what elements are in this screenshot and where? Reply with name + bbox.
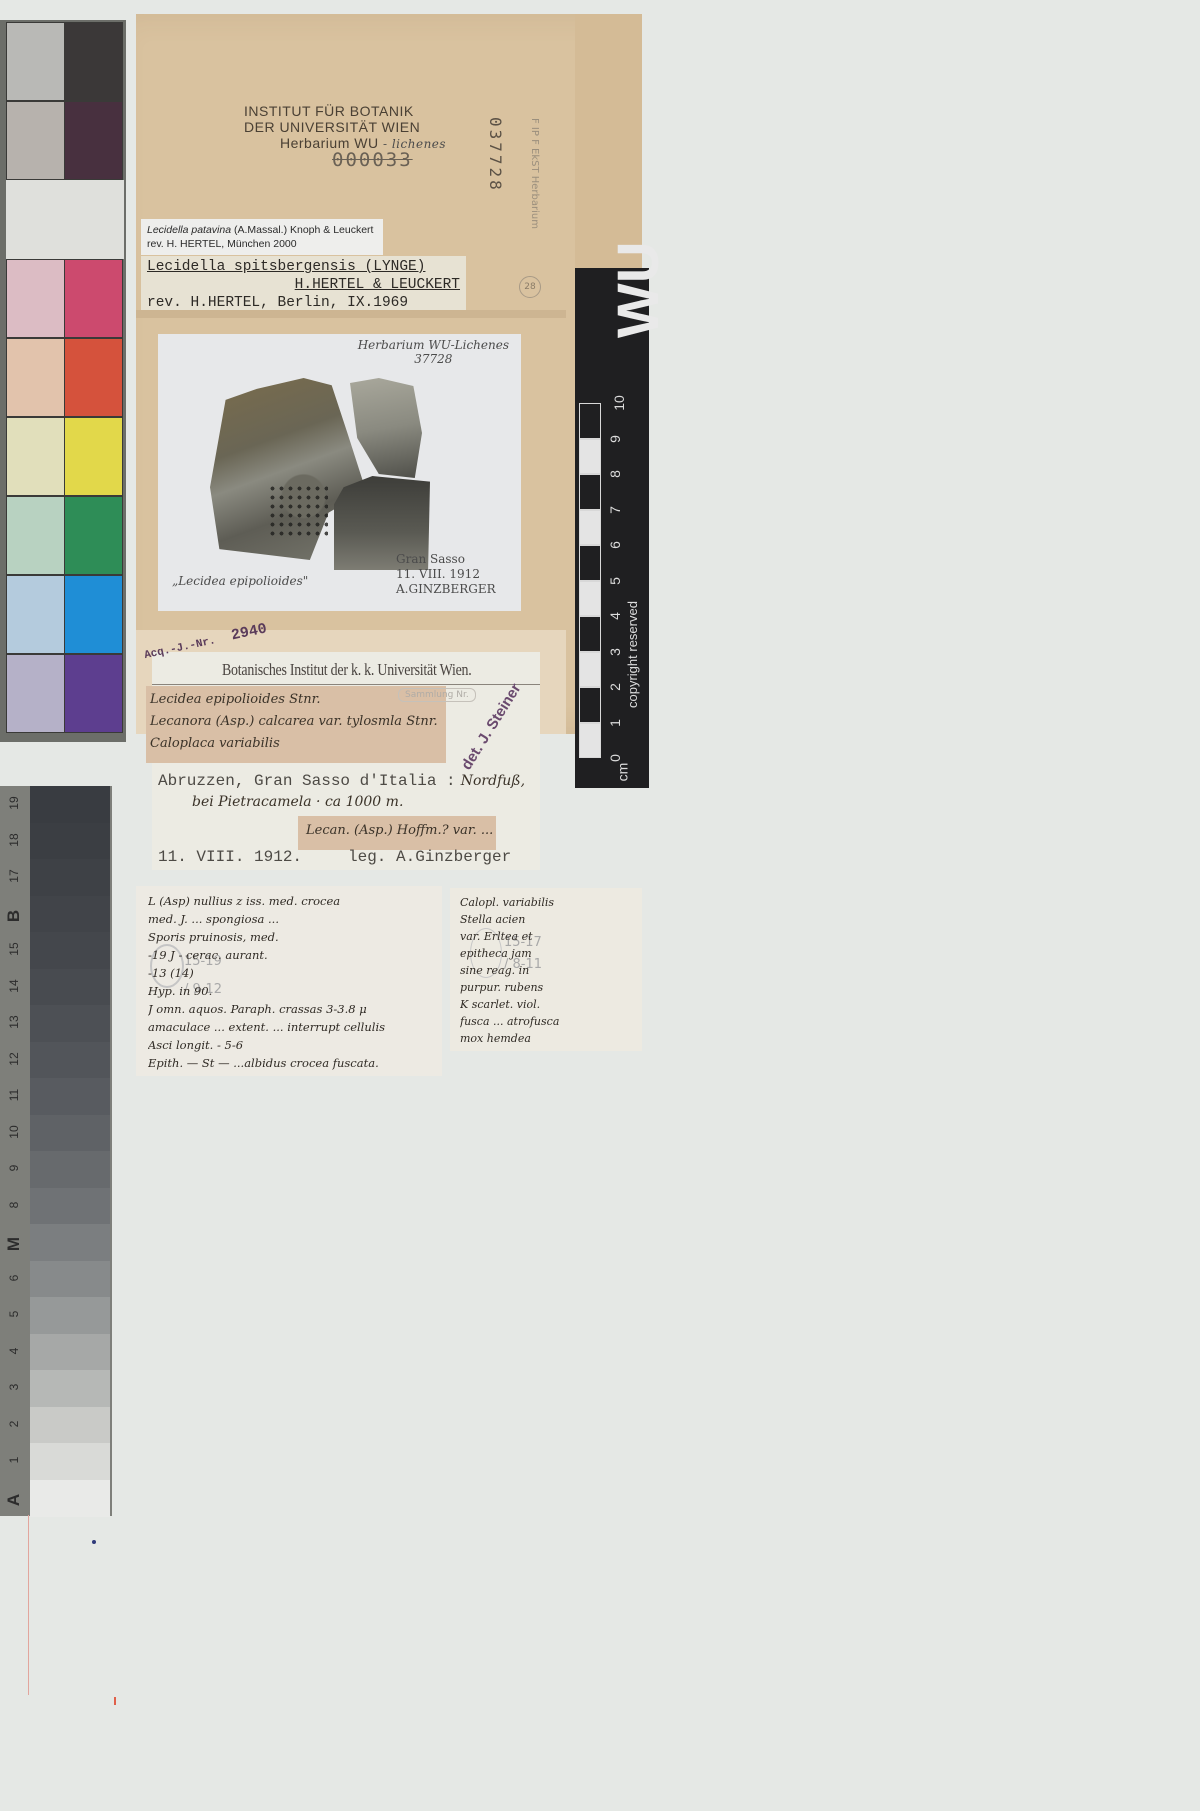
grey-step bbox=[30, 969, 110, 1007]
scale-segment bbox=[579, 545, 601, 581]
card-date: 11. VIII. 1912 bbox=[396, 567, 496, 582]
handwritten-line: L (Asp) nullius z iss. med. crocea bbox=[148, 892, 434, 910]
scale-segment bbox=[579, 581, 601, 617]
handwritten-strip-2: Lecan. (Asp.) Hoffm.? var. ... bbox=[298, 816, 496, 850]
typed-line-1: Lecidella spitsbergensis (LYNGE) bbox=[147, 258, 460, 276]
handwritten-line: var. Erltea et bbox=[460, 928, 636, 945]
species-authority: (A.Massal.) Knoph & Leuckert bbox=[234, 224, 373, 236]
grey-step bbox=[30, 896, 110, 934]
grey-step-label: 8 bbox=[7, 1191, 21, 1219]
revision-label-2000: Lecidella patavina (A.Massal.) Knoph & L… bbox=[141, 219, 383, 255]
color-patch bbox=[64, 496, 123, 575]
card-locality: Gran Sasso bbox=[396, 552, 496, 567]
scale-segment bbox=[579, 616, 601, 652]
grey-step bbox=[30, 1480, 110, 1518]
pencil-line-mark bbox=[28, 1515, 29, 1695]
grey-step bbox=[30, 1151, 110, 1189]
scale-unit: cm bbox=[614, 763, 630, 782]
handwritten-note-right: 15-17 / 8-11 Calopl. variabilisStella ac… bbox=[450, 888, 642, 1051]
locality-handwritten: Nordfuß, bbox=[461, 773, 525, 789]
stamp-line-2: DER UNIVERSITÄT WIEN bbox=[244, 119, 446, 135]
card-original-name: „Lecidea epipolioides" bbox=[172, 574, 308, 588]
strip-line-2: Lecanora (Asp.) calcarea var. tylosmla S… bbox=[150, 711, 442, 733]
handwritten-line: Hyp. in 90. bbox=[148, 982, 434, 1000]
grey-step-label: 18 bbox=[7, 826, 21, 854]
grey-step-label: M bbox=[4, 1230, 24, 1258]
grey-step-label: 12 bbox=[7, 1045, 21, 1073]
handwritten-line: Calopl. variabilis bbox=[460, 894, 636, 911]
grey-step-label: 15 bbox=[7, 935, 21, 963]
grey-step-label: A bbox=[4, 1486, 24, 1514]
species-name: Lecidella patavina bbox=[147, 224, 231, 236]
grey-step bbox=[30, 1224, 110, 1262]
color-patch bbox=[6, 180, 124, 259]
grey-step-label: 4 bbox=[7, 1337, 21, 1365]
revision-note: rev. H. HERTEL, München 2000 bbox=[147, 237, 377, 251]
handwritten-note-left: 15-19 / 9-12 L (Asp) nullius z iss. med.… bbox=[136, 886, 442, 1076]
strip2-text: Lecan. (Asp.) Hoffm.? var. ... bbox=[298, 816, 496, 845]
grey-step bbox=[30, 1334, 110, 1372]
original-collection-label: Acq.-J.-Nr. 2940 Botanisches Institut de… bbox=[152, 652, 540, 870]
faint-vertical-stamp: F IP F EkST Herbarium bbox=[529, 118, 540, 229]
color-patch bbox=[6, 22, 65, 101]
greyscale-calibration-strip: 191817B15141312111098M654321A bbox=[0, 786, 112, 1516]
scale-segment bbox=[579, 652, 601, 688]
grey-step-label: 5 bbox=[7, 1300, 21, 1328]
grey-step bbox=[30, 1407, 110, 1445]
handwritten-line: mox hemdea bbox=[460, 1030, 636, 1047]
color-calibration-chart bbox=[0, 20, 126, 742]
card-collector: A.GINZBERGER bbox=[396, 582, 496, 597]
scale-tick-label: 10 bbox=[611, 395, 627, 411]
ink-dot bbox=[114, 1697, 116, 1705]
grey-step bbox=[30, 1042, 110, 1080]
color-patch bbox=[64, 22, 123, 101]
grey-step-label: 6 bbox=[7, 1264, 21, 1292]
handwritten-line: purpur. rubens bbox=[460, 979, 636, 996]
color-patch bbox=[64, 654, 123, 733]
revision-label-1969: Lecidella spitsbergensis (LYNGE) H.HERTE… bbox=[141, 256, 466, 313]
scale-tick-label: 5 bbox=[607, 577, 623, 585]
grey-step bbox=[30, 1115, 110, 1153]
scale-tick-label: 9 bbox=[607, 435, 623, 443]
scale-tick-label: 1 bbox=[607, 719, 623, 727]
handwritten-line: -13 (14) bbox=[148, 964, 434, 982]
grey-step bbox=[30, 1370, 110, 1408]
color-patch bbox=[64, 417, 123, 496]
grey-step-label: 1 bbox=[7, 1446, 21, 1474]
scale-bar: WU copyright reserved cm 012345678910 bbox=[575, 268, 649, 788]
color-patch bbox=[6, 101, 65, 180]
grey-step-label: 19 bbox=[7, 789, 21, 817]
typed-line-2: H.HERTEL & LEUCKERT bbox=[147, 276, 460, 294]
scale-tick-label: 3 bbox=[607, 648, 623, 656]
institute-stamp: INSTITUT FÜR BOTANIK DER UNIVERSITÄT WIE… bbox=[244, 103, 446, 168]
scale-segment bbox=[579, 723, 601, 759]
note-right-text: Calopl. variabilisStella acienvar. Erlte… bbox=[460, 894, 636, 1047]
grey-step bbox=[30, 932, 110, 970]
card-herbarium-number: 37728 bbox=[358, 352, 509, 366]
grey-step bbox=[30, 1443, 110, 1481]
grey-step-label: 9 bbox=[7, 1154, 21, 1182]
scale-segment bbox=[579, 510, 601, 546]
handwritten-line: sine reag. in bbox=[460, 962, 636, 979]
circled-mark: 28 bbox=[519, 276, 541, 298]
locality-line: Abruzzen, Gran Sasso d'Italia : Nordfuß, bbox=[158, 770, 525, 790]
color-patch bbox=[6, 338, 65, 417]
strip-line-3: Caloplaca variabilis bbox=[150, 733, 442, 755]
handwritten-line: fusca ... atrofusca bbox=[460, 1013, 636, 1030]
scale-tick-label: 7 bbox=[607, 506, 623, 514]
color-patch bbox=[6, 496, 65, 575]
scale-tick-label: 8 bbox=[607, 470, 623, 478]
locality-typed: Abruzzen, Gran Sasso d'Italia : bbox=[158, 772, 456, 790]
apothecia-dots bbox=[268, 484, 328, 539]
rock-fragment-top-right bbox=[350, 378, 422, 478]
locality-handwritten-2: bei Pietracamela · ca 1000 m. bbox=[192, 794, 403, 810]
wu-logo: WU bbox=[605, 241, 672, 338]
header-rule bbox=[152, 684, 540, 685]
card-collection-note: Gran Sasso 11. VIII. 1912 A.GINZBERGER bbox=[396, 552, 496, 597]
color-patch bbox=[64, 575, 123, 654]
color-patch bbox=[64, 338, 123, 417]
color-patch bbox=[6, 575, 65, 654]
note-left-text: L (Asp) nullius z iss. med. croceamed. J… bbox=[148, 892, 434, 1072]
card-herbarium-label: Herbarium WU-Lichenes bbox=[358, 338, 509, 352]
stamp-line-1: INSTITUT FÜR BOTANIK bbox=[244, 103, 446, 119]
grey-step bbox=[30, 1005, 110, 1043]
color-patch bbox=[64, 101, 123, 180]
grey-step bbox=[30, 1078, 110, 1116]
ink-dot bbox=[92, 1540, 96, 1544]
scale-segment bbox=[579, 687, 601, 723]
faint-collection-box: Sammlung Nr. bbox=[398, 688, 476, 702]
grey-step bbox=[30, 859, 110, 897]
color-patch bbox=[6, 259, 65, 338]
grey-step-label: 17 bbox=[7, 862, 21, 890]
scale-tick-label: 2 bbox=[607, 683, 623, 691]
handwritten-line: amaculace ... extent. ... interrupt cell… bbox=[148, 1018, 434, 1036]
grey-step-label: 14 bbox=[7, 972, 21, 1000]
scale-tick-label: 0 bbox=[607, 754, 623, 762]
stamp-number: 000033 bbox=[244, 152, 446, 168]
grey-step-label: 3 bbox=[7, 1373, 21, 1401]
grey-step bbox=[30, 786, 110, 824]
grey-step-label: 13 bbox=[7, 1008, 21, 1036]
scale-tick-label: 6 bbox=[607, 541, 623, 549]
handwritten-line: Epith. — St — ...albidus crocea fuscata. bbox=[148, 1054, 434, 1072]
grey-step bbox=[30, 1261, 110, 1299]
grey-step bbox=[30, 1188, 110, 1226]
grey-step bbox=[30, 823, 110, 861]
accession-number-vertical: 037728 bbox=[486, 117, 505, 193]
color-patch bbox=[64, 259, 123, 338]
grey-step bbox=[30, 1297, 110, 1335]
handwritten-line: K scarlet. viol. bbox=[460, 996, 636, 1013]
collector: leg. A.Ginzberger bbox=[348, 848, 511, 866]
copyright-notice: copyright reserved bbox=[625, 601, 640, 708]
institute-header: Botanisches Institut der k. k. Universit… bbox=[222, 660, 525, 680]
specimen-card: Herbarium WU-Lichenes 37728 „Lecidea epi… bbox=[158, 334, 521, 611]
handwritten-line: J omn. aquos. Paraph. crassas 3-3.8 μ bbox=[148, 1000, 434, 1018]
handwritten-line: Stella acien bbox=[460, 911, 636, 928]
grey-step-label: 2 bbox=[7, 1410, 21, 1438]
envelope-fold bbox=[136, 310, 566, 318]
card-herbarium-note: Herbarium WU-Lichenes 37728 bbox=[358, 338, 509, 366]
grey-step-label: 11 bbox=[7, 1081, 21, 1109]
handwritten-line: Sporis pruinosis, med. bbox=[148, 928, 434, 946]
scale-segment bbox=[579, 474, 601, 510]
grey-step-label: B bbox=[4, 902, 24, 930]
color-patch bbox=[6, 417, 65, 496]
scale-tick-label: 4 bbox=[607, 612, 623, 620]
handwritten-line: epitheca jam bbox=[460, 945, 636, 962]
handwritten-line: med. J. ... spongiosa ... bbox=[148, 910, 434, 928]
handwritten-line: Asci longit. - 5-6 bbox=[148, 1036, 434, 1054]
scale-segment bbox=[579, 403, 601, 439]
scale-segment bbox=[579, 439, 601, 475]
collection-date: 11. VIII. 1912. bbox=[158, 848, 302, 866]
grey-step-label: 10 bbox=[7, 1118, 21, 1146]
color-patch bbox=[6, 654, 65, 733]
handwritten-line: -19 J - cerac. aurant. bbox=[148, 946, 434, 964]
